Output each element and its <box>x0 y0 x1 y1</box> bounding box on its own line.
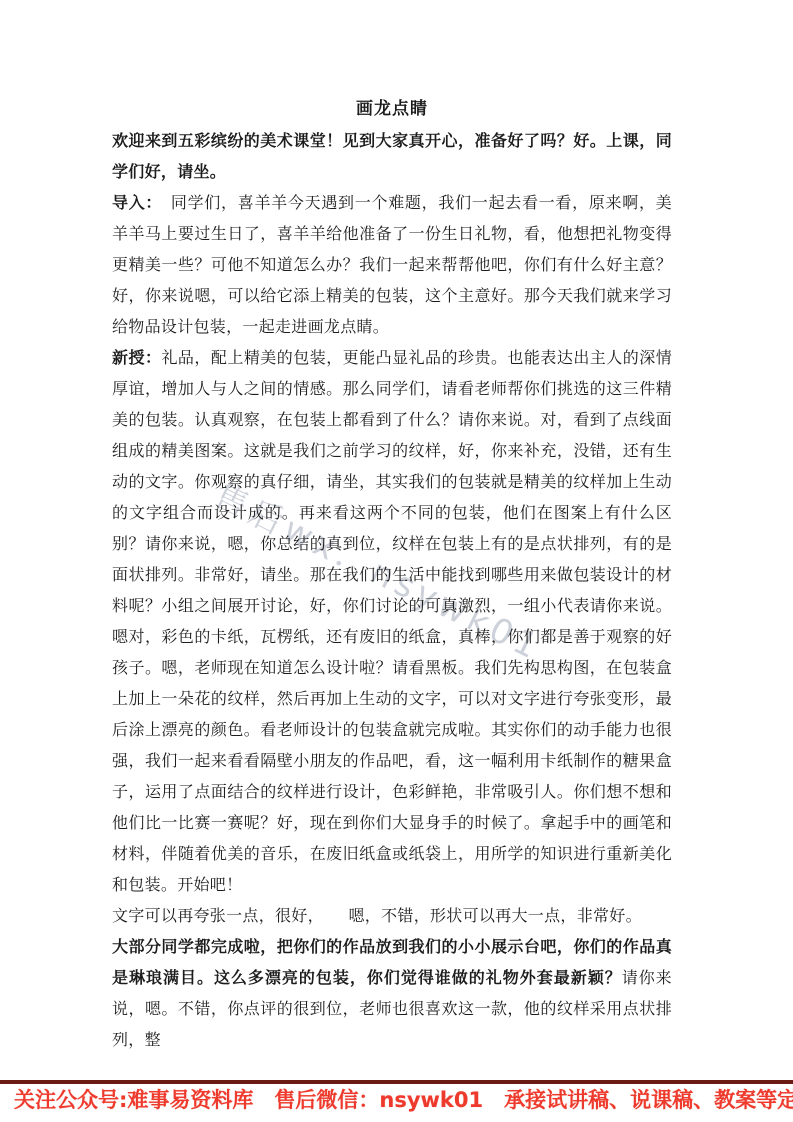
document-page: 售后wx．nsywk01 画龙点睛 欢迎来到五彩缤纷的美术课堂！见到大家真开心，… <box>0 0 793 1122</box>
bold-text-run: 大部分同学都完成啦，把你们的作品放到我们的小小展示台吧，你们的作品真是琳琅满目。… <box>112 937 672 987</box>
paragraph: 导入： 同学们，喜羊羊今天遇到一个难题，我们一起去看一看，原来啊，美羊羊马上要过… <box>112 187 672 342</box>
document-content: 画龙点睛 欢迎来到五彩缤纷的美术课堂！见到大家真开心，准备好了吗？好。上课，同学… <box>112 94 672 1055</box>
paragraph: 新授：礼品，配上精美的包装，更能凸显礼品的珍贵。也能表达出主人的深情厚谊，增加人… <box>112 342 672 900</box>
footer-promo-banner: 关注公众号:难事易资料库 售后微信：nsywk01 承接试讲稿、说课稿、教案等定… <box>14 1085 793 1115</box>
bold-text-run: 欢迎来到五彩缤纷的美术课堂！见到大家真开心，准备好了吗？好。上课，同学们好，请坐… <box>112 131 672 181</box>
footer-divider-line <box>0 1080 793 1084</box>
paragraph: 欢迎来到五彩缤纷的美术课堂！见到大家真开心，准备好了吗？好。上课，同学们好，请坐… <box>112 125 672 187</box>
document-title: 画龙点睛 <box>112 94 672 125</box>
paragraph: 文字可以再夸张一点，很好， 嗯，不错，形状可以再大一点，非常好。 <box>112 900 672 931</box>
document-body: 欢迎来到五彩缤纷的美术课堂！见到大家真开心，准备好了吗？好。上课，同学们好，请坐… <box>112 125 672 1055</box>
text-run: 礼品，配上精美的包装，更能凸显礼品的珍贵。也能表达出主人的深情厚谊，增加人与人之… <box>112 348 672 894</box>
bold-text-run: 导入： <box>112 193 154 212</box>
paragraph: 大部分同学都完成啦，把你们的作品放到我们的小小展示台吧，你们的作品真是琳琅满目。… <box>112 931 672 1055</box>
bold-text-run: 新授： <box>112 348 161 367</box>
text-run: 同学们，喜羊羊今天遇到一个难题，我们一起去看一看，原来啊，美羊羊马上要过生日了，… <box>112 193 672 336</box>
text-run: 文字可以再夸张一点，很好， 嗯，不错，形状可以再大一点，非常好。 <box>112 906 642 925</box>
